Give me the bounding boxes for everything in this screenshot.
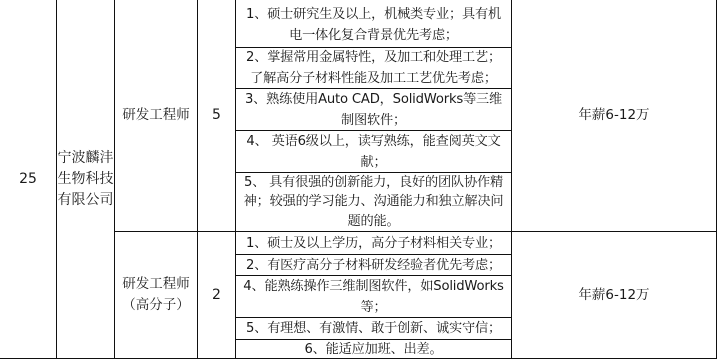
company-name: 宁波麟沣 生物科技 有限公司 bbox=[57, 0, 114, 358]
requirement-item: 1、硕士研究生及以上，机械类专业；具有机电一体化复合背景优先考虑； bbox=[236, 2, 511, 47]
position-title-main: 研发工程师 bbox=[122, 274, 190, 295]
company-line: 宁波麟沣 bbox=[58, 148, 114, 169]
requirement-item: 5、 具有很强的创新能力，良好的团队协作精神；较强的学习能力、沟通能力和独立解决… bbox=[236, 173, 511, 231]
salary: 年薪6-12万 bbox=[512, 232, 716, 358]
position-count: 2 bbox=[198, 232, 235, 358]
company-line: 有限公司 bbox=[58, 190, 114, 211]
requirement-item: 2、有医疗高分子材料研发经验者优先考虑； bbox=[236, 255, 511, 275]
position-count: 5 bbox=[198, 0, 235, 231]
requirement-item: 4、 英语6级以上，读写熟练，能查阅英文文献； bbox=[236, 131, 511, 172]
salary: 年薪6-12万 bbox=[512, 0, 716, 231]
column-divider bbox=[716, 0, 717, 359]
position-title: 研发工程师 （高分子） bbox=[115, 232, 197, 358]
row-number: 25 bbox=[0, 0, 56, 358]
requirement-item: 4、能熟练操作三维制图软件，如SolidWorks等； bbox=[236, 276, 511, 317]
requirement-item: 6、能适应加班、出差。 bbox=[236, 340, 511, 358]
requirement-item: 5、有理想、有激情、敢于创新、诚实守信； bbox=[236, 318, 511, 339]
position-title: 研发工程师 bbox=[115, 0, 197, 231]
company-line: 生物科技 bbox=[58, 169, 114, 190]
requirement-item: 3、熟练使用Auto CAD，SolidWorks等三维制图软件； bbox=[236, 89, 511, 130]
position-title-sub: （高分子） bbox=[122, 295, 190, 316]
requirement-item: 1、硕士及以上学历，高分子材料相关专业； bbox=[236, 232, 511, 254]
requirement-item: 2、掌握常用金属特性，及加工和处理工艺；了解高分子材料性能及加工工艺优先考虑； bbox=[236, 48, 511, 88]
